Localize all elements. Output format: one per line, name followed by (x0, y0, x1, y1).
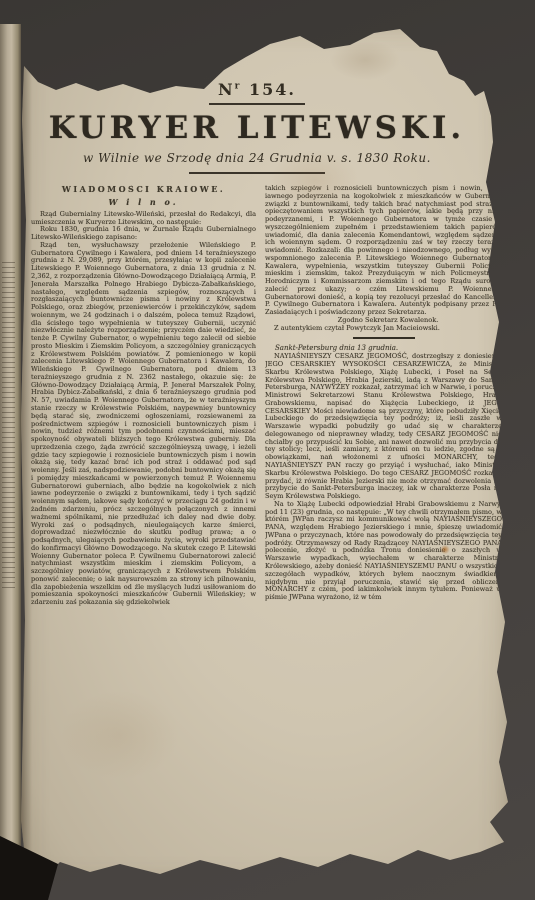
masthead: Nr 154. KURYER LITEWSKI. w Wilnie we Srz… (42, 20, 472, 174)
adjacent-page-text-fragment (2, 262, 15, 592)
paragraph: Roku 1830, grudnia 16 dnia, w Żurnale Rz… (31, 226, 256, 242)
masthead-dateline: w Wilnie we Srzodę dnia 24 Grudnia v. s.… (42, 151, 472, 165)
issue-value: 154. (249, 80, 296, 99)
rule-divider-section (353, 337, 415, 340)
photo-background: Nr 154. KURYER LITEWSKI. w Wilnie we Srz… (0, 0, 535, 900)
section-heading: WIADOMOŚCI KRAIOWE. (31, 185, 256, 194)
page-title: KURYER LITEWSKI. (42, 110, 472, 146)
attestation-line: Z autentykiem czytał Powytczyk Jan Macie… (265, 325, 502, 333)
adjacent-page-edge (0, 24, 21, 882)
issue-superscript: r (235, 82, 242, 92)
column-left: WIADOMOŚCI KRAIOWE. W i l n o. Rząd Gube… (31, 185, 256, 793)
paragraph: NAYIAŚNIEYSZY CESARZ JEGOMOŚĆ, dostrzegł… (265, 353, 502, 501)
paragraph: takich szpiegów i roznosicieli buntownic… (265, 185, 502, 317)
rule-divider-issue (209, 103, 305, 105)
column-right: takich szpiegów i roznosicieli buntownic… (265, 185, 502, 793)
newspaper-page: Nr 154. KURYER LITEWSKI. w Wilnie we Srz… (18, 20, 510, 888)
issue-number: Nr 154. (42, 80, 472, 99)
issue-prefix: N (218, 80, 235, 99)
paragraph: Rząd ten, wysłuchawszy przełożenie Wileń… (31, 242, 256, 607)
place-heading: W i l n o. (31, 198, 256, 207)
article-columns: WIADOMOŚCI KRAIOWE. W i l n o. Rząd Gube… (18, 174, 510, 793)
paragraph: Na to Xiążę Lubecki odpowiedział Hrabi G… (265, 501, 502, 602)
